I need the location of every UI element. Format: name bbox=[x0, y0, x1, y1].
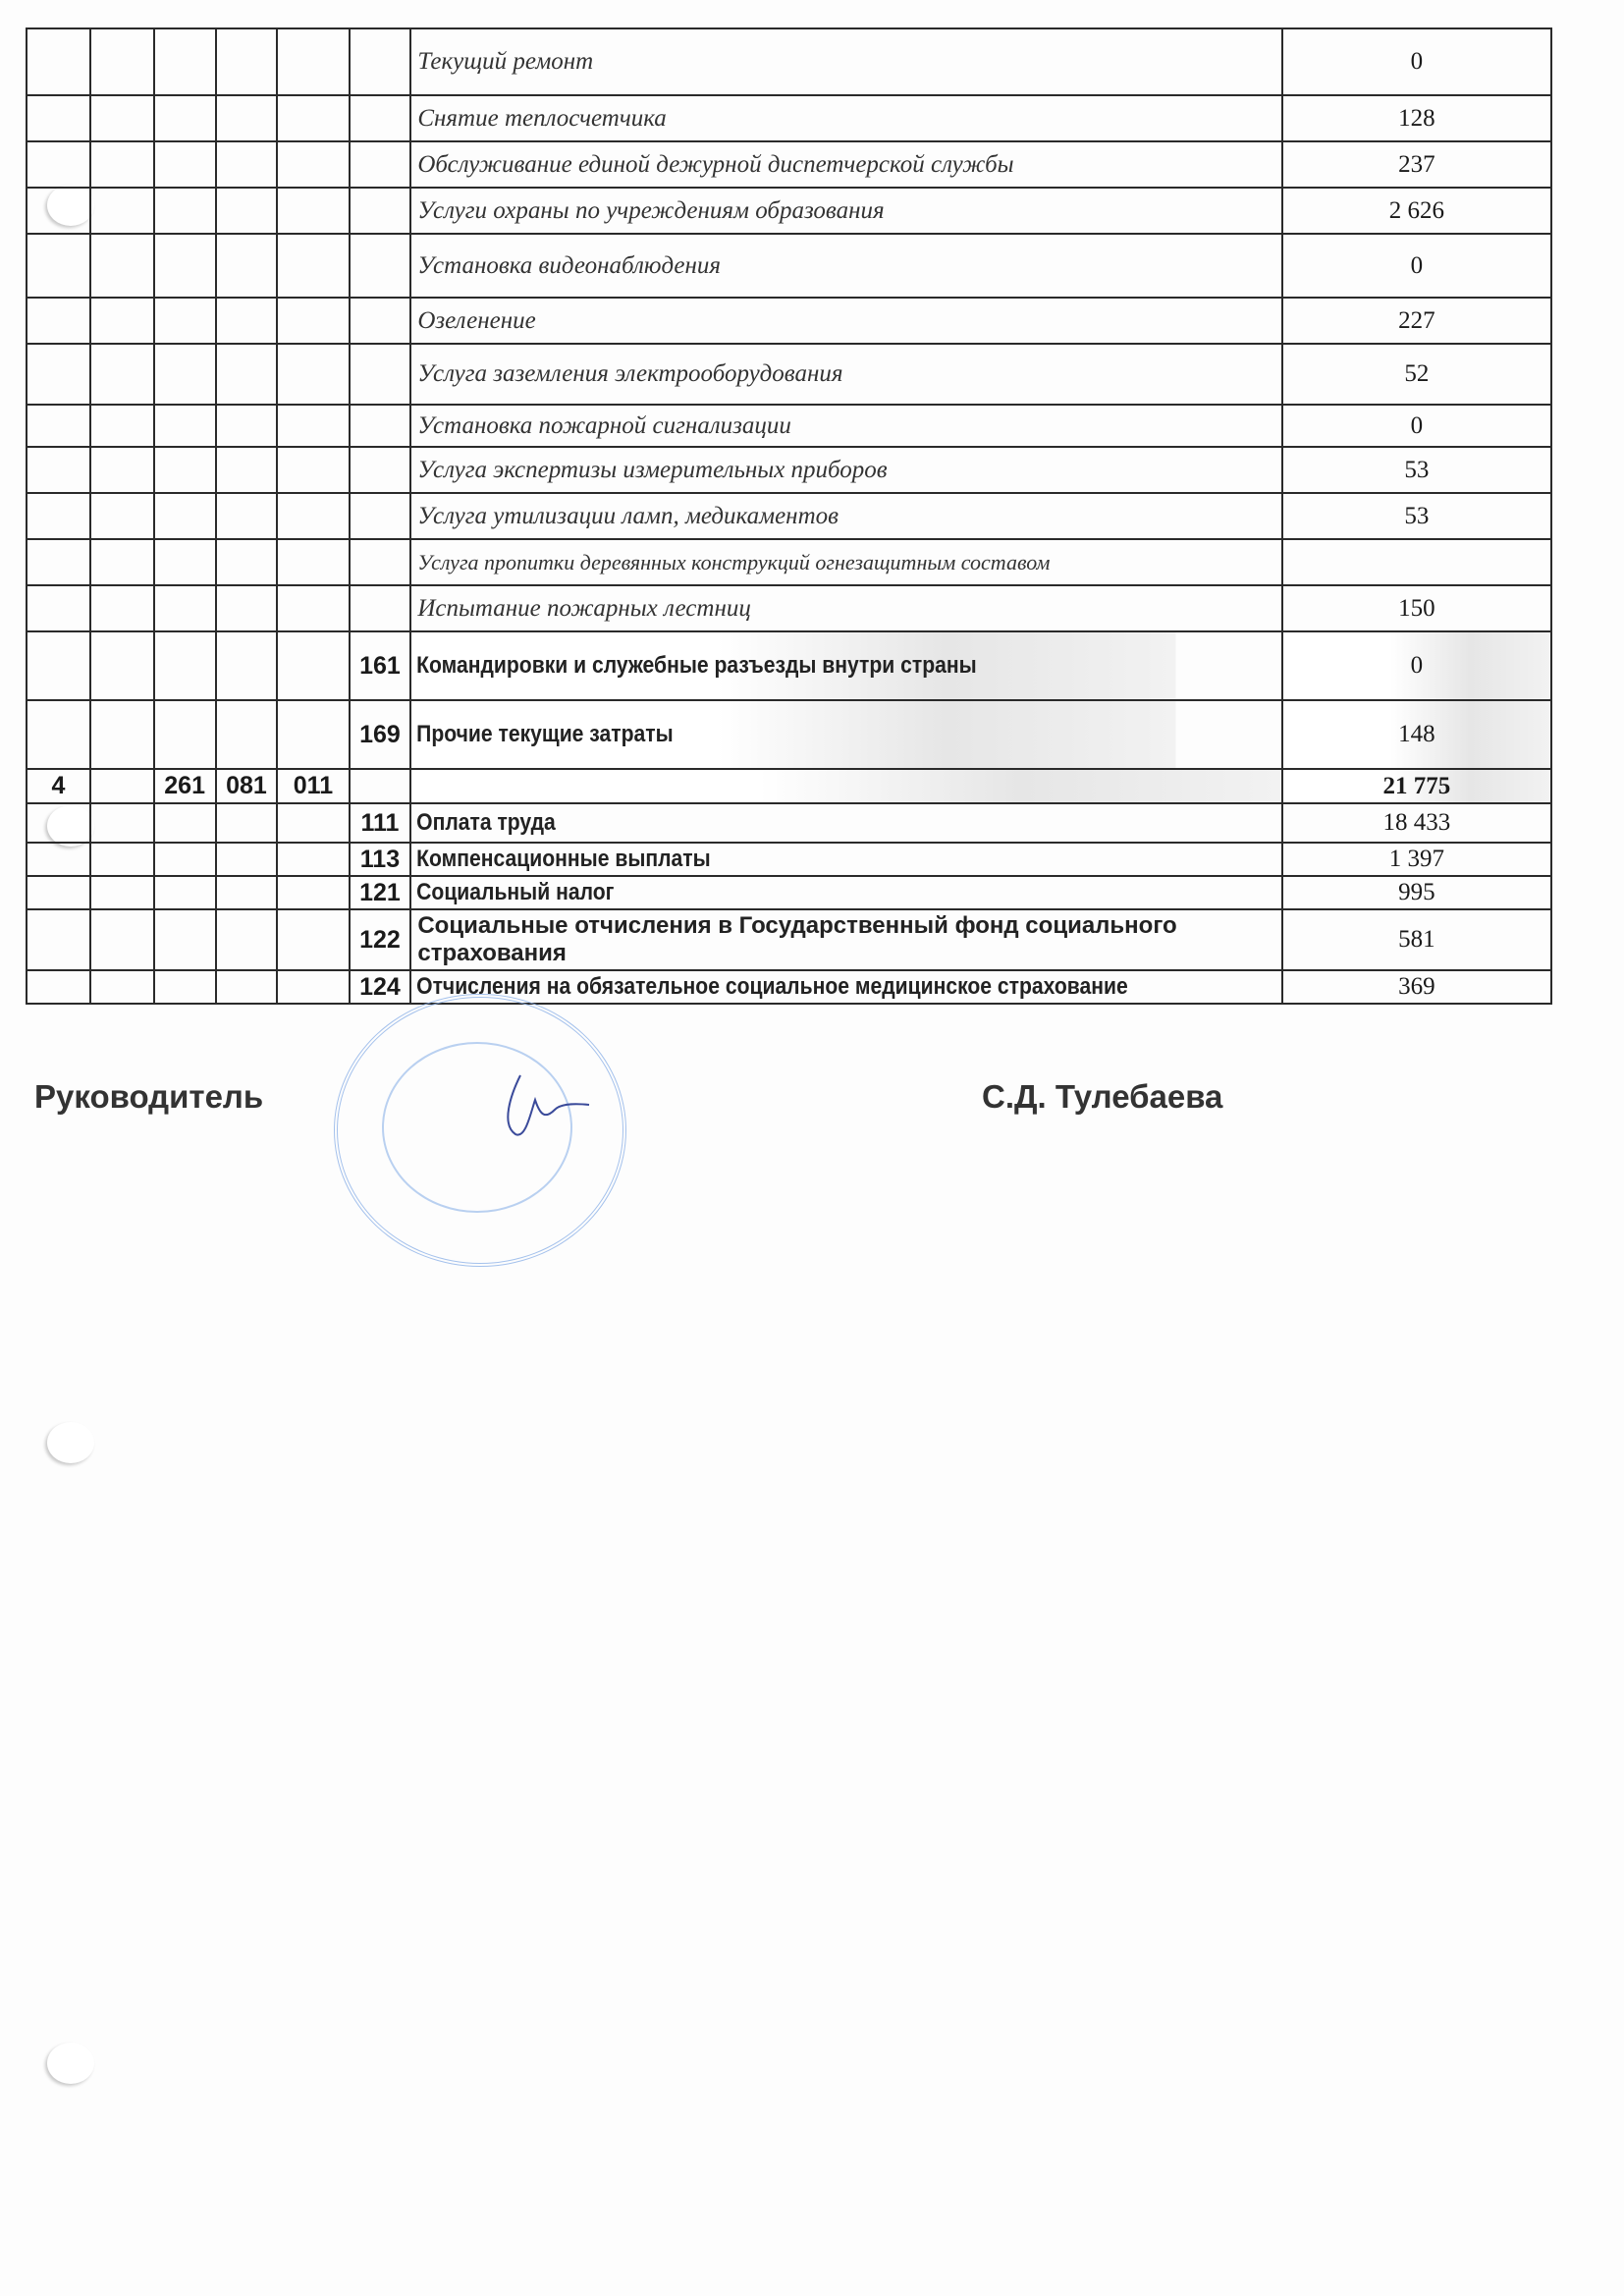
code-cell-c5 bbox=[277, 631, 349, 700]
code-cell-c1 bbox=[27, 876, 90, 909]
amount-value: 18 433 bbox=[1282, 803, 1551, 843]
code-cell-c3 bbox=[154, 631, 216, 700]
code-cell-spec: 111 bbox=[350, 803, 411, 843]
code-cell-c4 bbox=[216, 298, 278, 344]
code-cell-c3 bbox=[154, 803, 216, 843]
expense-name: Компенсационные выплаты bbox=[410, 843, 1177, 876]
amount-value: 150 bbox=[1282, 585, 1551, 631]
code-cell-c5 bbox=[277, 405, 349, 447]
code-cell-c2 bbox=[90, 95, 154, 141]
code-cell-c2 bbox=[90, 585, 154, 631]
code-cell-spec: 124 bbox=[350, 970, 411, 1004]
code-cell-spec: 113 bbox=[350, 843, 411, 876]
code-cell-c2 bbox=[90, 769, 154, 803]
code-cell-c1 bbox=[27, 493, 90, 539]
code-cell-c4 bbox=[216, 493, 278, 539]
code-cell-c5 bbox=[277, 188, 349, 234]
expense-name: Снятие теплосчетчика bbox=[410, 95, 1281, 141]
expense-name: Установка пожарной сигнализации bbox=[410, 405, 1281, 447]
code-cell-c2 bbox=[90, 141, 154, 188]
code-cell-c1 bbox=[27, 631, 90, 700]
code-cell-spec bbox=[350, 539, 411, 585]
table-row: 161Командировки и служебные разъезды вну… bbox=[27, 631, 1551, 700]
table-row: 426108101121 775 bbox=[27, 769, 1551, 803]
code-cell-c3 bbox=[154, 405, 216, 447]
code-cell-c4 bbox=[216, 141, 278, 188]
expense-name: Обслуживание единой дежурной диспетчерск… bbox=[410, 141, 1281, 188]
table-row: Текущий ремонт0 bbox=[27, 28, 1551, 95]
code-cell-c2 bbox=[90, 909, 154, 970]
code-cell-c3 bbox=[154, 188, 216, 234]
code-cell-c2 bbox=[90, 803, 154, 843]
expense-name: Испытание пожарных лестниц bbox=[410, 585, 1281, 631]
code-cell-c2 bbox=[90, 447, 154, 493]
code-cell-c5 bbox=[277, 700, 349, 769]
code-cell-c1 bbox=[27, 141, 90, 188]
table-row: 122Социальные отчисления в Государственн… bbox=[27, 909, 1551, 970]
code-cell-c3 bbox=[154, 909, 216, 970]
code-cell-c2 bbox=[90, 344, 154, 405]
code-cell-c2 bbox=[90, 539, 154, 585]
table-row: Услуги охраны по учреждениям образования… bbox=[27, 188, 1551, 234]
code-cell-c5 bbox=[277, 447, 349, 493]
expense-name: Отчисления на обязательное социальное ме… bbox=[410, 970, 1177, 1004]
code-cell-c1 bbox=[27, 909, 90, 970]
amount-value: 1 397 bbox=[1282, 843, 1551, 876]
amount-value: 0 bbox=[1282, 631, 1551, 700]
code-cell-spec bbox=[350, 298, 411, 344]
code-cell-c1 bbox=[27, 585, 90, 631]
code-cell-c5 bbox=[277, 298, 349, 344]
expense-name: Озеленение bbox=[410, 298, 1281, 344]
punch-hole bbox=[47, 1422, 94, 1463]
code-cell-c3 bbox=[154, 234, 216, 298]
code-cell-c5 bbox=[277, 539, 349, 585]
code-cell-spec bbox=[350, 447, 411, 493]
expense-name: Услуга экспертизы измерительных приборов bbox=[410, 447, 1281, 493]
table-row: 121Социальный налог995 bbox=[27, 876, 1551, 909]
code-cell-c4 bbox=[216, 539, 278, 585]
amount-value: 128 bbox=[1282, 95, 1551, 141]
signature bbox=[491, 1066, 599, 1144]
code-cell-c1 bbox=[27, 700, 90, 769]
code-cell-c3 bbox=[154, 493, 216, 539]
table-row: Испытание пожарных лестниц150 bbox=[27, 585, 1551, 631]
table-row: Установка видеонаблюдения0 bbox=[27, 234, 1551, 298]
code-cell-c4 bbox=[216, 344, 278, 405]
code-cell-c3 bbox=[154, 447, 216, 493]
code-cell-c4 bbox=[216, 970, 278, 1004]
code-cell-c4 bbox=[216, 631, 278, 700]
table-row: Услуга утилизации ламп, медикаментов53 bbox=[27, 493, 1551, 539]
code-cell-spec: 122 bbox=[350, 909, 411, 970]
budget-table: Текущий ремонт0Снятие теплосчетчика128Об… bbox=[26, 27, 1552, 1005]
table-row: Установка пожарной сигнализации0 bbox=[27, 405, 1551, 447]
code-cell-c1 bbox=[27, 803, 90, 843]
signatory-name: С.Д. Тулебаева bbox=[982, 1078, 1222, 1116]
code-cell-c5 bbox=[277, 141, 349, 188]
code-cell-spec bbox=[350, 769, 411, 803]
code-cell-c3 bbox=[154, 539, 216, 585]
amount-value: 21 775 bbox=[1282, 769, 1551, 803]
amount-value: 148 bbox=[1282, 700, 1551, 769]
expense-name bbox=[410, 769, 1281, 803]
code-cell-spec bbox=[350, 493, 411, 539]
code-cell-c4 bbox=[216, 234, 278, 298]
expense-name: Социальные отчисления в Государственный … bbox=[410, 909, 1281, 970]
code-cell-c1 bbox=[27, 28, 90, 95]
code-cell-c2 bbox=[90, 700, 154, 769]
code-cell-c2 bbox=[90, 493, 154, 539]
code-cell-c4: 081 bbox=[216, 769, 278, 803]
table-row: Услуга заземления электрооборудования52 bbox=[27, 344, 1551, 405]
code-cell-c4 bbox=[216, 405, 278, 447]
code-cell-c2 bbox=[90, 631, 154, 700]
code-cell-c2 bbox=[90, 843, 154, 876]
code-cell-c5 bbox=[277, 234, 349, 298]
code-cell-spec bbox=[350, 28, 411, 95]
code-cell-c1 bbox=[27, 843, 90, 876]
code-cell-c1 bbox=[27, 188, 90, 234]
table-row: Услуга пропитки деревянных конструкций о… bbox=[27, 539, 1551, 585]
code-cell-c1: 4 bbox=[27, 769, 90, 803]
amount-value: 0 bbox=[1282, 405, 1551, 447]
code-cell-c4 bbox=[216, 909, 278, 970]
code-cell-c5 bbox=[277, 909, 349, 970]
code-cell-c1 bbox=[27, 298, 90, 344]
table-row: 111Оплата труда18 433 bbox=[27, 803, 1551, 843]
code-cell-c5: 011 bbox=[277, 769, 349, 803]
table-row: Снятие теплосчетчика128 bbox=[27, 95, 1551, 141]
code-cell-spec bbox=[350, 188, 411, 234]
expense-name: Оплата труда bbox=[410, 803, 1177, 843]
document-page: Текущий ремонт0Снятие теплосчетчика128Об… bbox=[0, 0, 1624, 2296]
code-cell-c1 bbox=[27, 234, 90, 298]
code-cell-c1 bbox=[27, 970, 90, 1004]
code-cell-c1 bbox=[27, 344, 90, 405]
code-cell-c4 bbox=[216, 95, 278, 141]
expense-name: Услуга заземления электрооборудования bbox=[410, 344, 1281, 405]
code-cell-c4 bbox=[216, 28, 278, 95]
code-cell-c3 bbox=[154, 28, 216, 95]
code-cell-c4 bbox=[216, 447, 278, 493]
code-cell-c1 bbox=[27, 447, 90, 493]
expense-name: Социальный налог bbox=[410, 876, 1177, 909]
code-cell-c5 bbox=[277, 970, 349, 1004]
code-cell-c2 bbox=[90, 28, 154, 95]
table-row: 113Компенсационные выплаты1 397 bbox=[27, 843, 1551, 876]
code-cell-c4 bbox=[216, 188, 278, 234]
amount-value: 369 bbox=[1282, 970, 1551, 1004]
code-cell-c2 bbox=[90, 298, 154, 344]
code-cell-c1 bbox=[27, 539, 90, 585]
code-cell-c2 bbox=[90, 970, 154, 1004]
expense-name: Прочие текущие затраты bbox=[410, 700, 1177, 769]
code-cell-spec bbox=[350, 344, 411, 405]
code-cell-spec bbox=[350, 234, 411, 298]
table-row: Услуга экспертизы измерительных приборов… bbox=[27, 447, 1551, 493]
amount-value: 53 bbox=[1282, 493, 1551, 539]
table-row: 124Отчисления на обязательное социальное… bbox=[27, 970, 1551, 1004]
code-cell-c1 bbox=[27, 95, 90, 141]
code-cell-spec: 169 bbox=[350, 700, 411, 769]
code-cell-c3 bbox=[154, 876, 216, 909]
code-cell-c3 bbox=[154, 298, 216, 344]
code-cell-spec bbox=[350, 141, 411, 188]
code-cell-c3 bbox=[154, 843, 216, 876]
code-cell-c4 bbox=[216, 585, 278, 631]
code-cell-c4 bbox=[216, 843, 278, 876]
code-cell-c5 bbox=[277, 843, 349, 876]
amount-value: 227 bbox=[1282, 298, 1551, 344]
amount-value: 581 bbox=[1282, 909, 1551, 970]
code-cell-c2 bbox=[90, 876, 154, 909]
code-cell-c5 bbox=[277, 493, 349, 539]
code-cell-spec: 161 bbox=[350, 631, 411, 700]
code-cell-c2 bbox=[90, 234, 154, 298]
expense-name: Услуги охраны по учреждениям образования bbox=[410, 188, 1281, 234]
expense-name: Текущий ремонт bbox=[410, 28, 1281, 95]
position-label: Руководитель bbox=[34, 1078, 263, 1116]
expense-name: Командировки и служебные разъезды внутри… bbox=[410, 631, 1177, 700]
code-cell-c3 bbox=[154, 95, 216, 141]
table-row: Озеленение227 bbox=[27, 298, 1551, 344]
code-cell-c3 bbox=[154, 700, 216, 769]
code-cell-spec: 121 bbox=[350, 876, 411, 909]
amount-value: 995 bbox=[1282, 876, 1551, 909]
amount-value: 52 bbox=[1282, 344, 1551, 405]
amount-value: 53 bbox=[1282, 447, 1551, 493]
code-cell-c4 bbox=[216, 876, 278, 909]
code-cell-c5 bbox=[277, 803, 349, 843]
punch-hole bbox=[47, 2043, 94, 2084]
expense-name: Услуга пропитки деревянных конструкций о… bbox=[410, 539, 1281, 585]
amount-value: 237 bbox=[1282, 141, 1551, 188]
code-cell-c1 bbox=[27, 405, 90, 447]
code-cell-c2 bbox=[90, 405, 154, 447]
code-cell-c5 bbox=[277, 28, 349, 95]
code-cell-c3 bbox=[154, 344, 216, 405]
code-cell-c3 bbox=[154, 585, 216, 631]
code-cell-c2 bbox=[90, 188, 154, 234]
amount-value: 0 bbox=[1282, 234, 1551, 298]
code-cell-c4 bbox=[216, 803, 278, 843]
code-cell-c3: 261 bbox=[154, 769, 216, 803]
code-cell-c5 bbox=[277, 344, 349, 405]
code-cell-c3 bbox=[154, 970, 216, 1004]
expense-name: Услуга утилизации ламп, медикаментов bbox=[410, 493, 1281, 539]
code-cell-c5 bbox=[277, 585, 349, 631]
code-cell-c4 bbox=[216, 700, 278, 769]
code-cell-c3 bbox=[154, 141, 216, 188]
code-cell-spec bbox=[350, 405, 411, 447]
amount-value: 2 626 bbox=[1282, 188, 1551, 234]
table-row: Обслуживание единой дежурной диспетчерск… bbox=[27, 141, 1551, 188]
expense-name: Установка видеонаблюдения bbox=[410, 234, 1281, 298]
code-cell-c5 bbox=[277, 876, 349, 909]
table-row: 169Прочие текущие затраты148 bbox=[27, 700, 1551, 769]
amount-value: 0 bbox=[1282, 28, 1551, 95]
code-cell-spec bbox=[350, 95, 411, 141]
amount-value bbox=[1282, 539, 1551, 585]
code-cell-c5 bbox=[277, 95, 349, 141]
code-cell-spec bbox=[350, 585, 411, 631]
